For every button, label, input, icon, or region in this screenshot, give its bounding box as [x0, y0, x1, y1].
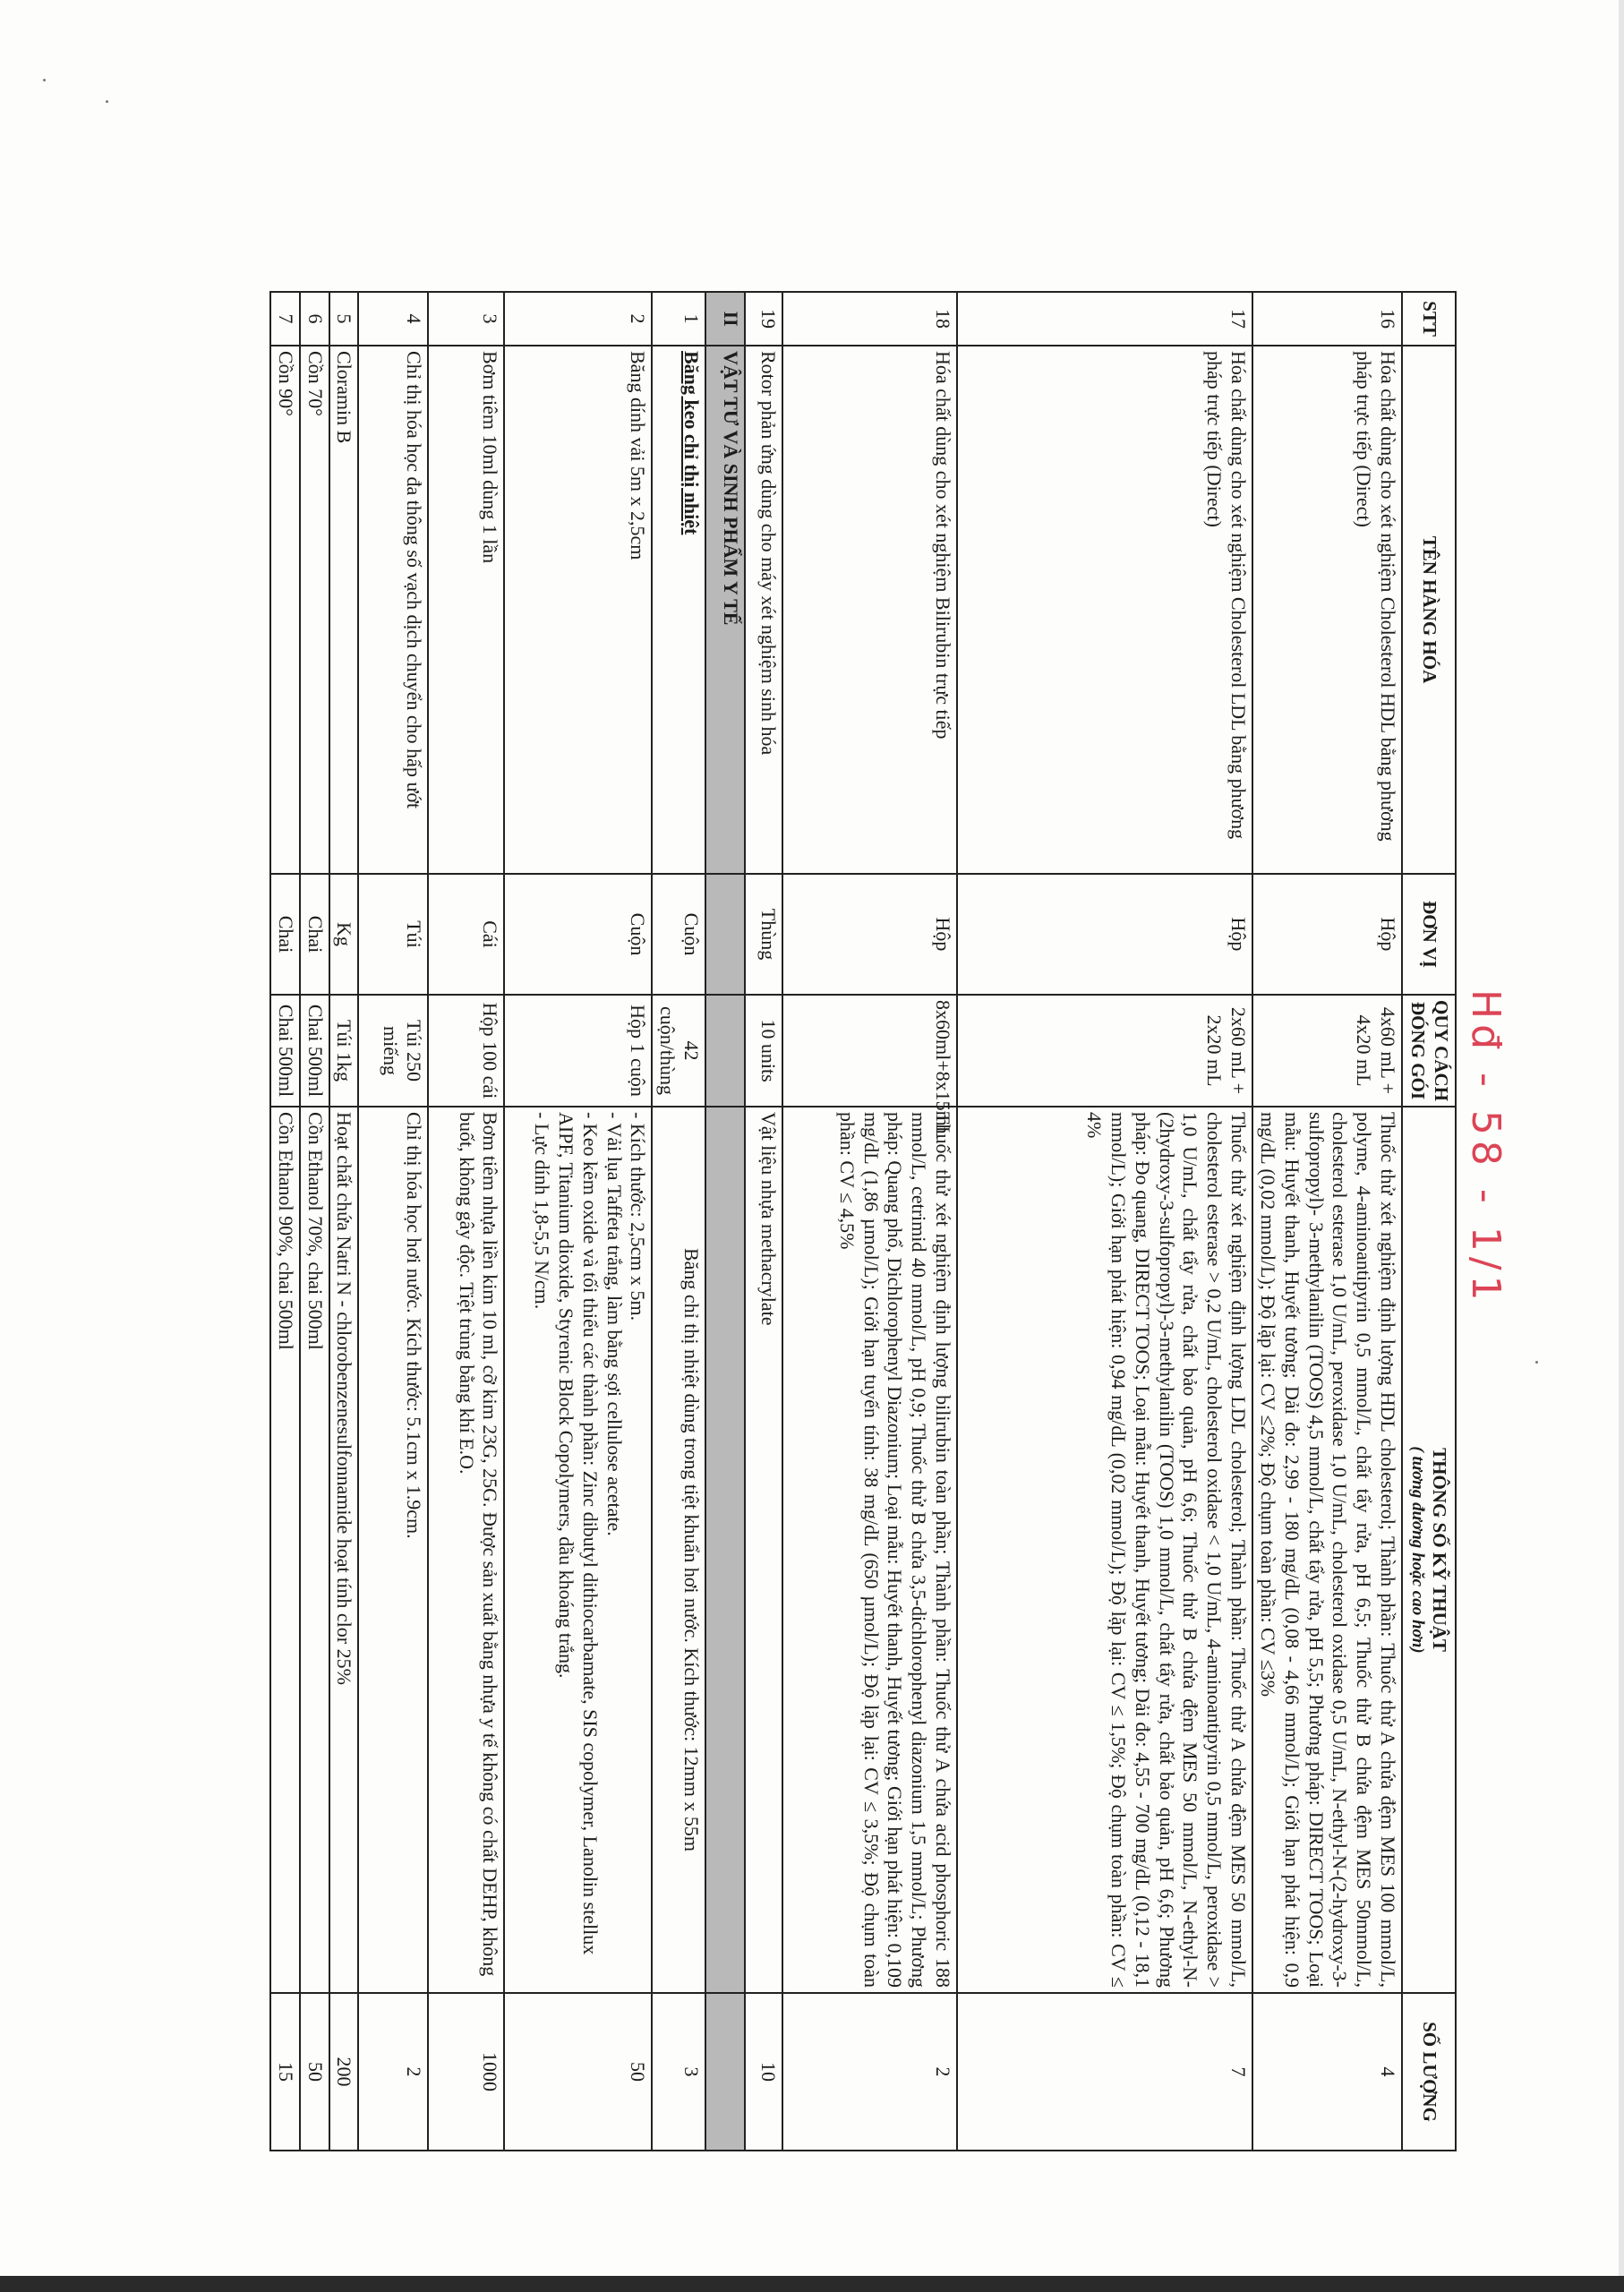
cell-unit: Cuộn	[504, 874, 652, 995]
header-unit: ĐƠN VỊ	[1402, 874, 1456, 995]
cell-packing: 42 cuộn/thùng	[652, 995, 705, 1107]
cell-stt: 19	[745, 292, 782, 346]
scan-speck	[1535, 1361, 1538, 1364]
spec-line: - Lực dính 1,8-5,5 N/cm.	[529, 1112, 553, 1988]
header-row: STT TÊN HÀNG HÓA ĐƠN VỊ QUY CÁCH ĐÓNG GÓ…	[1402, 292, 1456, 2151]
cell-stt: 3	[428, 292, 504, 346]
cell-name: Băng keo chỉ thị nhiệt	[652, 346, 705, 874]
scan-speck	[106, 100, 108, 103]
cell-stt: 17	[957, 292, 1252, 346]
table-row: 18 Hóa chất dùng cho xét nghiệm Bilirubi…	[782, 292, 957, 2151]
cell-unit: Hộp	[957, 874, 1252, 995]
cell-packing: Chai 500ml	[300, 995, 329, 1107]
table-row: 6 Cồn 70° Chai Chai 500ml Cồn Ethanol 70…	[300, 292, 329, 2151]
header-spec-subtitle: ( tương đương hoặc cao hơn)	[1407, 1112, 1428, 1988]
cell-stt: 4	[358, 292, 428, 346]
handwritten-note: Hđ - 58 - 1/1	[1463, 989, 1509, 1306]
cell-spec: Cồn Ethanol 70%, chai 500ml	[300, 1107, 329, 1993]
table-row: 5 Cloramin B Kg Túi 1kg Hoạt chất chứa N…	[329, 292, 359, 2151]
cell-stt: 5	[329, 292, 359, 346]
cell-packing: Chai 500ml	[270, 995, 300, 1107]
cell-spec: Cồn Ethanol 90%, chai 500ml	[270, 1107, 300, 1993]
section-empty-cell	[705, 995, 745, 1107]
cell-spec: Thuốc thử xét nghiệm định lượng bilirubi…	[782, 1107, 957, 1993]
cell-spec: Chỉ thị hóa học hơi nước. Kích thước: 5.…	[358, 1107, 428, 1993]
cell-unit: Thùng	[745, 874, 782, 995]
cell-packing: 8x60ml+8x15mL	[782, 995, 957, 1107]
cell-stt: 1	[652, 292, 705, 346]
cell-unit: Cái	[428, 874, 504, 995]
cell-name: Cồn 70°	[300, 346, 329, 874]
section-row: II VẬT TƯ VÀ SINH PHẨM Y TẾ	[705, 292, 745, 2151]
cell-name: Băng dính vải 5m x 2,5cm	[504, 346, 652, 874]
cell-name: Hóa chất dùng cho xét nghiệm Cholesterol…	[957, 346, 1252, 874]
cell-name: Cồn 90°	[270, 346, 300, 874]
section-empty-cell	[705, 1107, 745, 1993]
cell-name: Rotor phản ứng dùng cho máy xét nghiệm s…	[745, 346, 782, 874]
cell-qty: 10	[745, 1993, 782, 2151]
cell-packing: Hộp 1 cuộn	[504, 995, 652, 1107]
cell-unit: Chai	[300, 874, 329, 995]
table-row: 4 Chỉ thị hóa học đa thông số vạch dịch …	[358, 292, 428, 2151]
table-row: 2 Băng dính vải 5m x 2,5cm Cuộn Hộp 1 cu…	[504, 292, 652, 2151]
spec-line: - Kích thước: 2,5cm x 5m.	[626, 1112, 650, 1988]
header-spec-title: THÔNG SỐ KỸ THUẬT	[1429, 1448, 1450, 1652]
header-name: TÊN HÀNG HÓA	[1402, 346, 1456, 874]
cell-spec: Hoạt chất chứa Natri N - chlorobenzenesu…	[329, 1107, 359, 1993]
cell-packing: 10 units	[745, 995, 782, 1107]
cell-stt: 6	[300, 292, 329, 346]
cell-name: Cloramin B	[329, 346, 359, 874]
cell-qty: 2	[782, 1993, 957, 2151]
cell-qty: 200	[329, 1993, 359, 2151]
table-row: 17 Hóa chất dùng cho xét nghiệm Choleste…	[957, 292, 1252, 2151]
cell-spec: Bơm tiêm nhựa liền kim 10 ml, cỡ kim 23G…	[428, 1107, 504, 1993]
cell-spec: - Kích thước: 2,5cm x 5m. - Vải lụa Taff…	[504, 1107, 652, 1993]
cell-stt: 2	[504, 292, 652, 346]
scan-edge	[0, 2276, 1624, 2292]
cell-qty: 50	[300, 1993, 329, 2151]
scan-speck	[43, 79, 46, 81]
rotated-page: STT TÊN HÀNG HÓA ĐƠN VỊ QUY CÁCH ĐÓNG GÓ…	[269, 291, 1457, 2150]
header-packing: QUY CÁCH ĐÓNG GÓI	[1402, 995, 1456, 1107]
cell-spec: Vật liệu nhựa methacrylate	[745, 1107, 782, 1993]
header-qty: SỐ LƯỢNG	[1402, 1993, 1456, 2151]
section-empty-cell	[705, 1993, 745, 2151]
cell-qty: 7	[957, 1993, 1252, 2151]
cell-name: Chỉ thị hóa học đa thông số vạch dịch ch…	[358, 346, 428, 874]
cell-qty: 3	[652, 1993, 705, 2151]
cell-packing: Túi 1kg	[329, 995, 359, 1107]
header-spec: THÔNG SỐ KỸ THUẬT ( tương đương hoặc cao…	[1402, 1107, 1456, 1993]
cell-qty: 1000	[428, 1993, 504, 2151]
cell-unit: Chai	[270, 874, 300, 995]
spec-line: - Keo kẽm oxide và tối thiểu các thành p…	[553, 1112, 602, 1988]
cell-stt: 7	[270, 292, 300, 346]
cell-qty: 15	[270, 1993, 300, 2151]
section-number: II	[705, 292, 745, 346]
section-empty-cell	[705, 874, 745, 995]
cell-name: Hóa chất dùng cho xét nghiệm Cholesterol…	[1252, 346, 1402, 874]
cell-qty: 50	[504, 1993, 652, 2151]
cell-stt: 16	[1252, 292, 1402, 346]
table-row: 19 Rotor phản ứng dùng cho máy xét nghiệ…	[745, 292, 782, 2151]
cell-name: Bơm tiêm 10ml dùng 1 lần	[428, 346, 504, 874]
cell-unit: Túi	[358, 874, 428, 995]
cell-unit: Kg	[329, 874, 359, 995]
cell-unit: Cuộn	[652, 874, 705, 995]
cell-unit: Hộp	[1252, 874, 1402, 995]
header-stt: STT	[1402, 292, 1456, 346]
cell-packing: Túi 250 miếng	[358, 995, 428, 1107]
cell-unit: Hộp	[782, 874, 957, 995]
specification-table: STT TÊN HÀNG HÓA ĐƠN VỊ QUY CÁCH ĐÓNG GÓ…	[269, 291, 1457, 2151]
cell-spec: Băng chỉ thị nhiệt dùng trong tiệt khuẩn…	[652, 1107, 705, 1993]
cell-spec: Thuốc thử xét nghiệm định lượng LDL chol…	[957, 1107, 1252, 1993]
cell-packing: 4x60 mL + 4x20 mL	[1252, 995, 1402, 1107]
cell-packing: Hộp 100 cái	[428, 995, 504, 1107]
scan-edge	[1619, 0, 1624, 2292]
cell-spec: Thuốc thử xét nghiệm định lượng HDL chol…	[1252, 1107, 1402, 1993]
cell-packing: 2x60 mL + 2x20 mL	[957, 995, 1252, 1107]
cell-qty: 2	[358, 1993, 428, 2151]
cell-name: Hóa chất dùng cho xét nghiệm Bilirubin t…	[782, 346, 957, 874]
section-title: VẬT TƯ VÀ SINH PHẨM Y TẾ	[705, 346, 745, 874]
table-row: 1 Băng keo chỉ thị nhiệt Cuộn 42 cuộn/th…	[652, 292, 705, 2151]
table-row: 3 Bơm tiêm 10ml dùng 1 lần Cái Hộp 100 c…	[428, 292, 504, 2151]
table-row: 16 Hóa chất dùng cho xét nghiệm Choleste…	[1252, 292, 1402, 2151]
cell-qty: 4	[1252, 1993, 1402, 2151]
table-row: 7 Cồn 90° Chai Chai 500ml Cồn Ethanol 90…	[270, 292, 300, 2151]
cell-stt: 18	[782, 292, 957, 346]
spec-line: - Vải lụa Taffeta trắng, làm bằng sợi ce…	[602, 1112, 626, 1988]
